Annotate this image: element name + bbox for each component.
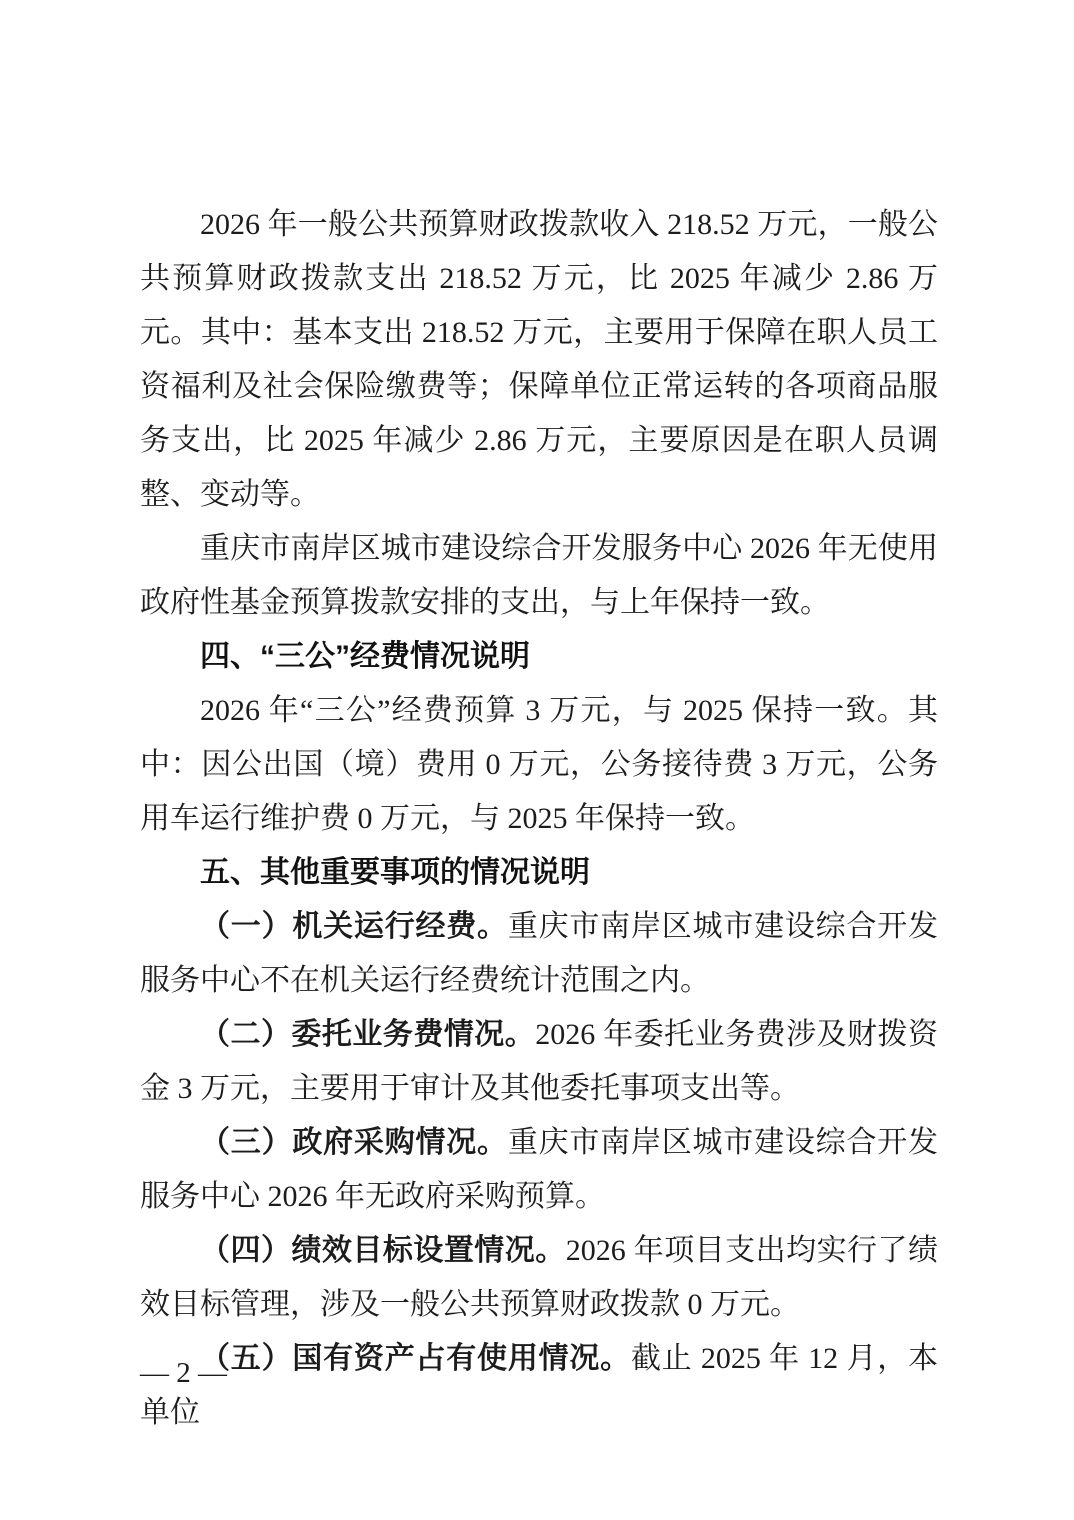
paragraph-item-3-government-procurement: （三）政府采购情况。重庆市南岸区城市建设综合开发服务中心 2026 年无政府采购… — [140, 1116, 938, 1224]
page-number: — 2 — — [140, 1346, 227, 1400]
paragraph-item-1-agency-operating-funds: （一）机关运行经费。重庆市南岸区城市建设综合开发服务中心不在机关运行经费统计范围… — [140, 900, 938, 1008]
paragraph-item-4-performance-targets: （四）绩效目标设置情况。2026 年项目支出均实行了绩效目标管理，涉及一般公共预… — [140, 1224, 938, 1332]
item-5-lead-label: （五）国有资产占有使用情况。 — [200, 1342, 631, 1375]
paragraph-three-public-expenses-detail: 2026 年“三公”经费预算 3 万元，与 2025 保持一致。其中：因公出国（… — [140, 684, 938, 846]
item-2-lead-label: （二）委托业务费情况。 — [200, 1018, 535, 1051]
item-3-lead-label: （三）政府采购情况。 — [200, 1126, 508, 1159]
item-1-lead-label: （一）机关运行经费。 — [200, 910, 508, 943]
paragraph-government-fund-note: 重庆市南岸区城市建设综合开发服务中心 2026 年无使用政府性基金预算拨款安排的… — [140, 522, 938, 630]
document-text-block: 2026 年一般公共预算财政拨款收入 218.52 万元，一般公共预算财政拨款支… — [140, 198, 938, 1440]
paragraph-item-2-entrusted-business-fees: （二）委托业务费情况。2026 年委托业务费涉及财拨资金 3 万元，主要用于审计… — [140, 1008, 938, 1116]
paragraph-budget-allocation-summary: 2026 年一般公共预算财政拨款收入 218.52 万元，一般公共预算财政拨款支… — [140, 198, 938, 522]
document-page: 2026 年一般公共预算财政拨款收入 218.52 万元，一般公共预算财政拨款支… — [0, 0, 1074, 1520]
section-heading-five-other-important-matters: 五、其他重要事项的情况说明 — [140, 846, 938, 900]
section-heading-four-three-public-expenses: 四、“三公”经费情况说明 — [140, 630, 938, 684]
item-4-lead-label: （四）绩效目标设置情况。 — [200, 1234, 566, 1267]
paragraph-item-5-state-owned-assets: （五）国有资产占有使用情况。截止 2025 年 12 月，本单位 — [140, 1332, 938, 1440]
